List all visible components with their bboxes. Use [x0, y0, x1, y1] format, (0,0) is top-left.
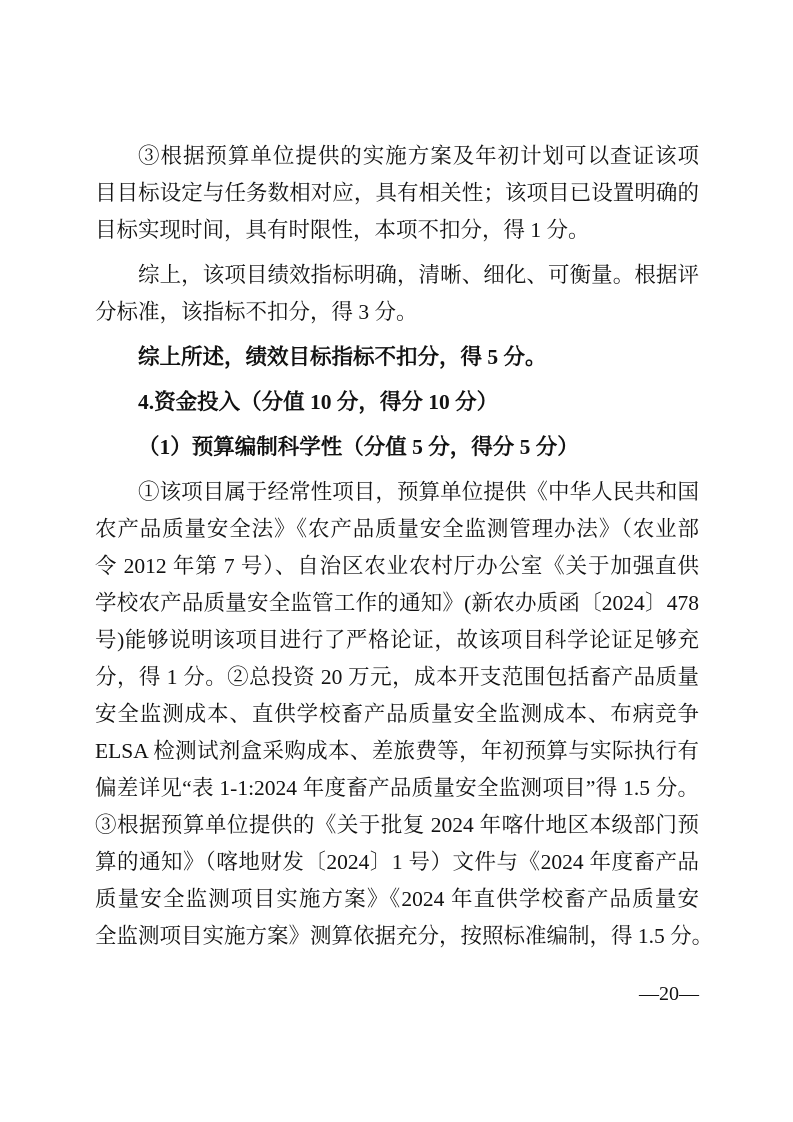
text-line: （1）预算编制科学性（分值 5 分，得分 5 分）	[95, 429, 699, 466]
text-line: 分标准，该指标不扣分，得 3 分。	[95, 294, 699, 331]
text-line: 分，得 1 分。②总投资 20 万元，成本开支范围包括畜产品质量	[95, 659, 699, 696]
document-body: ③根据预算单位提供的实施方案及年初计划可以查证该项目目标设定与任务数相对应，具有…	[95, 138, 699, 955]
page-number: —20—	[639, 983, 699, 1005]
text-line: 综上所述，绩效目标指标不扣分，得 5 分。	[95, 339, 699, 376]
paragraph-goal-verification: ③根据预算单位提供的实施方案及年初计划可以查证该项目目标设定与任务数相对应，具有…	[95, 138, 699, 249]
text-line: 全监测项目实施方案》测算依据充分，按照标准编制，得 1.5 分。	[95, 918, 699, 955]
text-line: ③根据预算单位提供的《关于批复 2024 年喀什地区本级部门预	[95, 807, 699, 844]
paragraph-indicator-summary: 综上，该项目绩效指标明确，清晰、细化、可衡量。根据评分标准，该指标不扣分，得 3…	[95, 257, 699, 331]
text-line: 号)能够说明该项目进行了严格论证，故该项目科学论证足够充	[95, 622, 699, 659]
page-footer: —20—	[95, 979, 699, 1009]
paragraph-conclusion-bold: 综上所述，绩效目标指标不扣分，得 5 分。	[95, 339, 699, 376]
text-line: 质量安全监测项目实施方案》《2024 年直供学校畜产品质量安	[95, 881, 699, 918]
heading-section-4: 4.资金投入（分值 10 分，得分 10 分）	[95, 384, 699, 421]
text-line: ELSA 检测试剂盒采购成本、差旅费等，年初预算与实际执行有	[95, 733, 699, 770]
text-line: 目目标设定与任务数相对应，具有相关性；该项目已设置明确的	[95, 175, 699, 212]
text-line: ③根据预算单位提供的实施方案及年初计划可以查证该项	[95, 138, 699, 175]
text-line: 偏差详见“表 1-1:2024 年度畜产品质量安全监测项目”得 1.5 分。	[95, 770, 699, 807]
text-line: 学校农产品质量安全监管工作的通知》(新农办质函〔2024〕478	[95, 585, 699, 622]
text-line: ①该项目属于经常性项目，预算单位提供《中华人民共和国	[95, 474, 699, 511]
text-line: 农产品质量安全法》《农产品质量安全监测管理办法》（农业部	[95, 511, 699, 548]
text-line: 算的通知》（喀地财发〔2024〕1 号）文件与《2024 年度畜产品	[95, 844, 699, 881]
text-line: 令 2012 年第 7 号）、自治区农业农村厅办公室《关于加强直供	[95, 548, 699, 585]
text-line: 目标实现时间，具有时限性，本项不扣分，得 1 分。	[95, 212, 699, 249]
document-page: ③根据预算单位提供的实施方案及年初计划可以查证该项目目标设定与任务数相对应，具有…	[0, 0, 793, 1122]
text-line: 4.资金投入（分值 10 分，得分 10 分）	[95, 384, 699, 421]
text-line: 综上，该项目绩效指标明确，清晰、细化、可衡量。根据评	[95, 257, 699, 294]
heading-section-4-1: （1）预算编制科学性（分值 5 分，得分 5 分）	[95, 429, 699, 466]
paragraph-budget-detail: ①该项目属于经常性项目，预算单位提供《中华人民共和国农产品质量安全法》《农产品质…	[95, 474, 699, 955]
text-line: 安全监测成本、直供学校畜产品质量安全监测成本、布病竞争	[95, 696, 699, 733]
